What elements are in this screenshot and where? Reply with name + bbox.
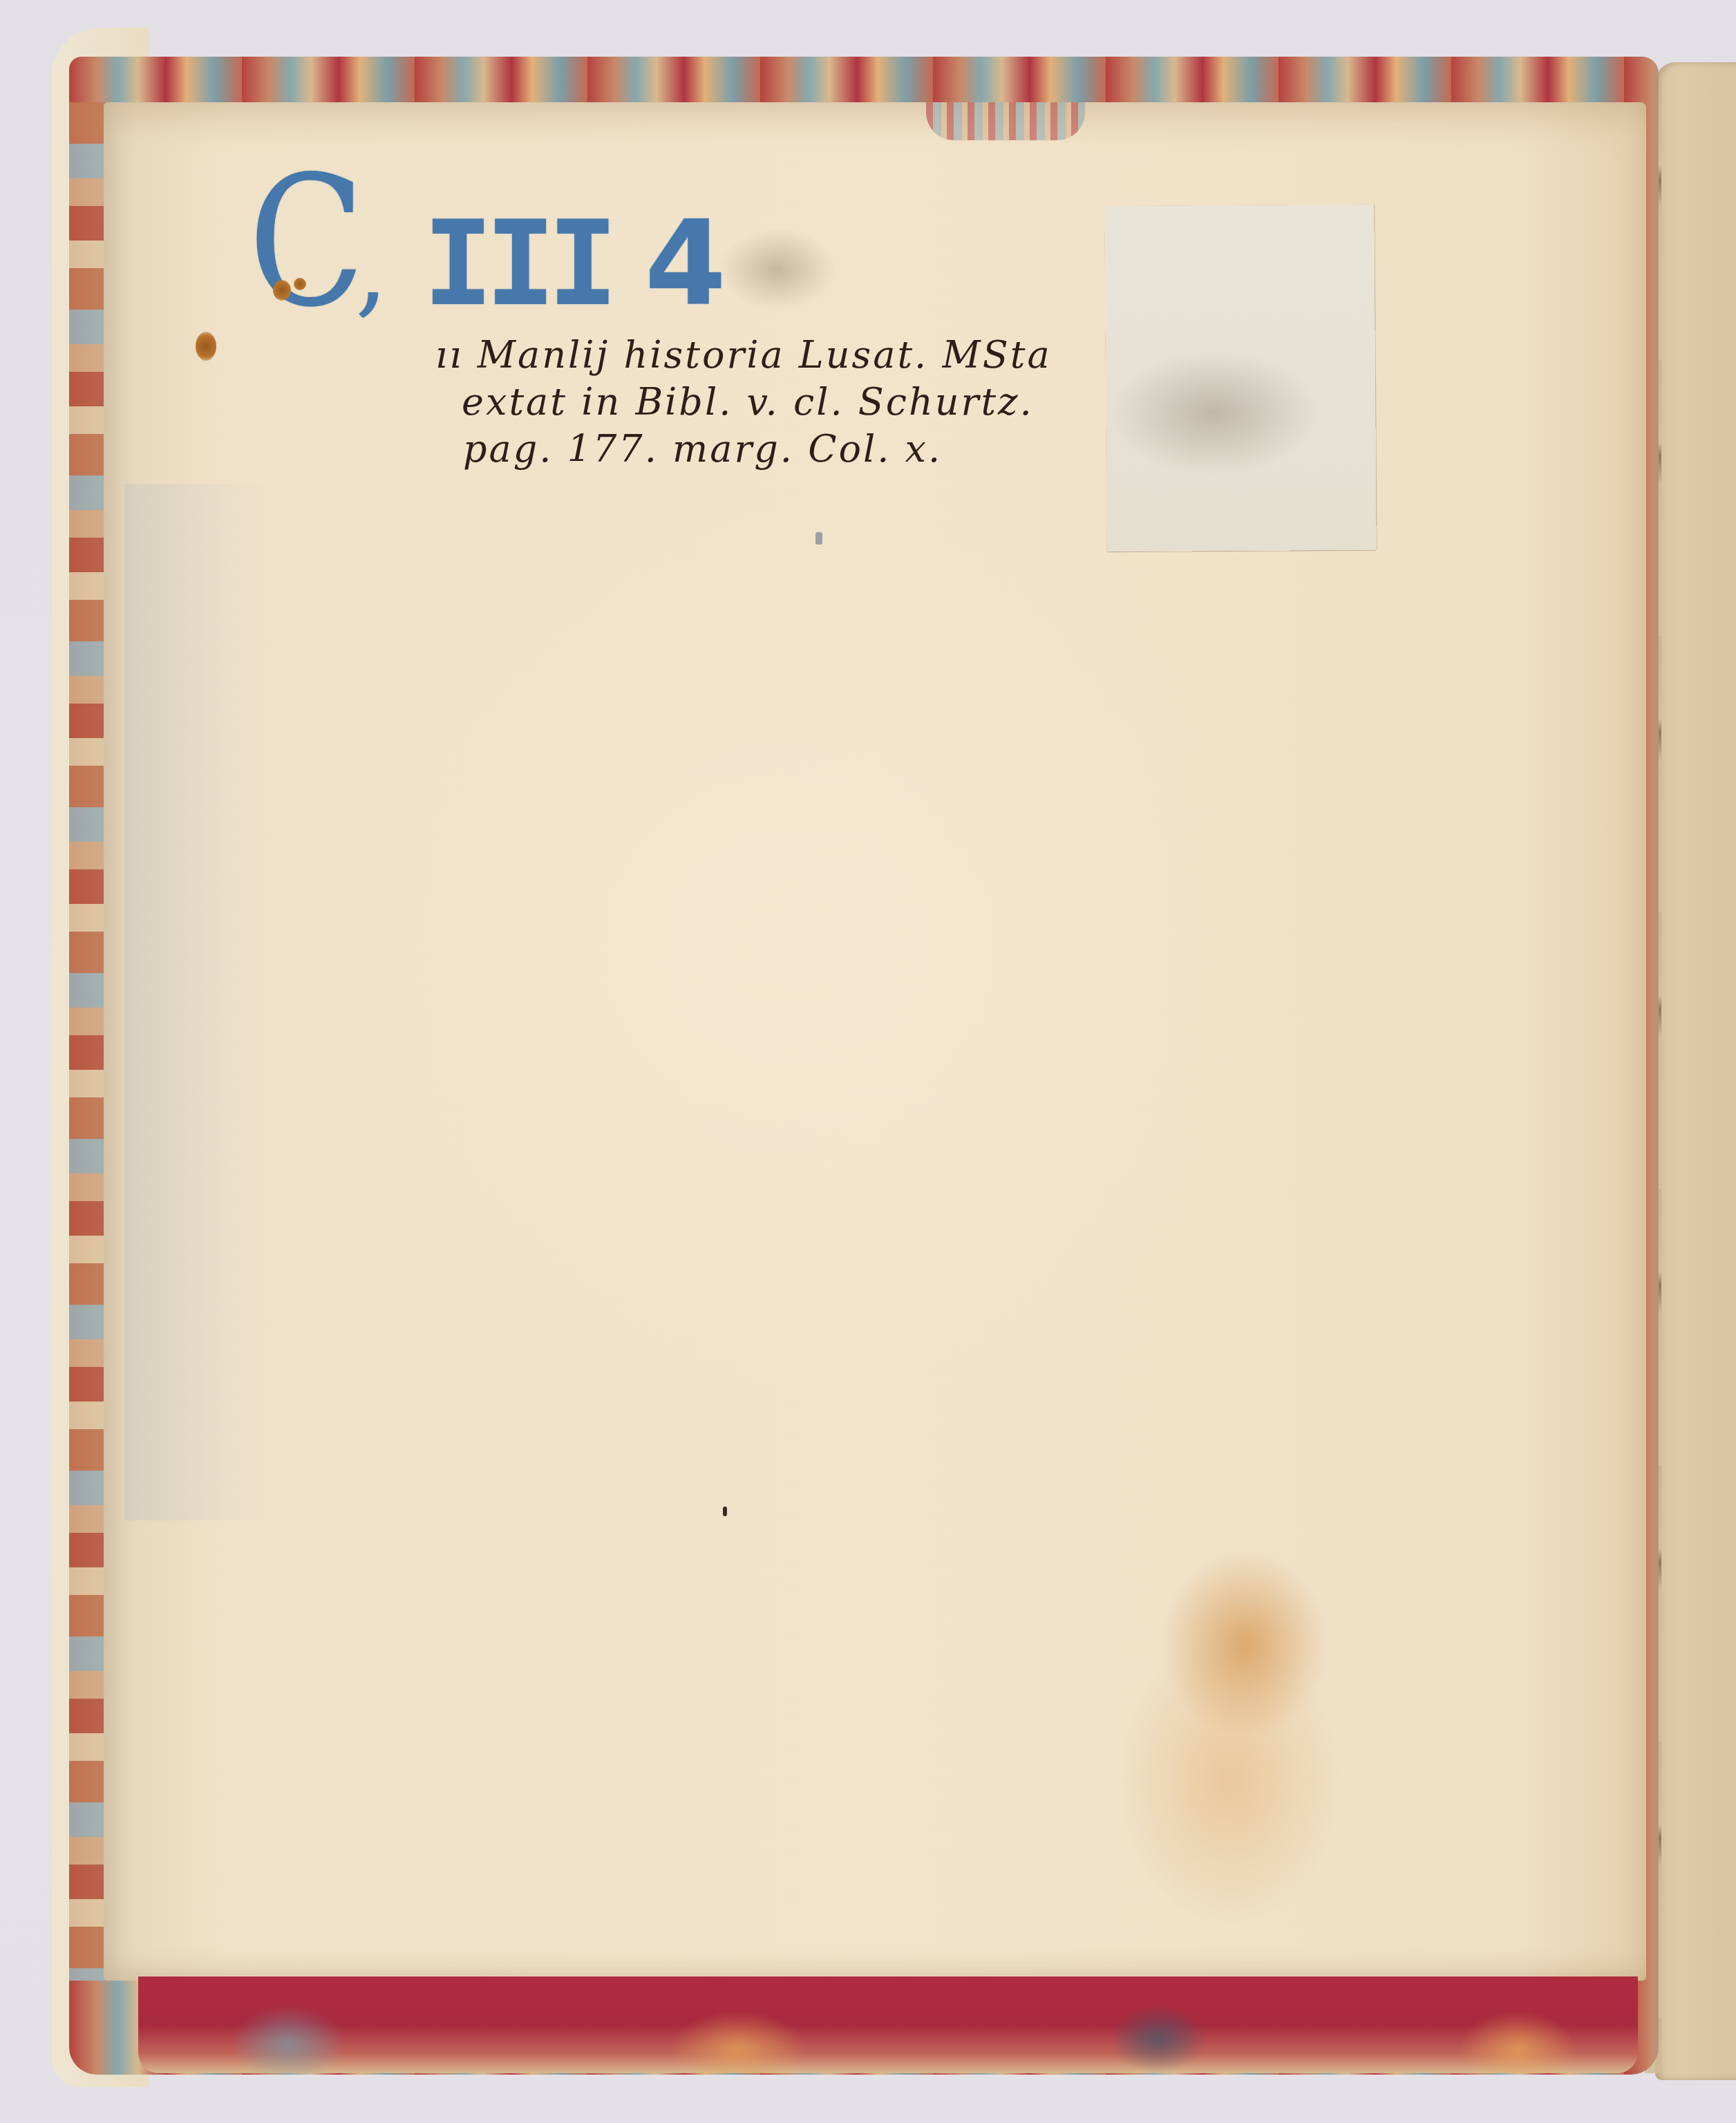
foxing-stain xyxy=(1085,1548,1375,1935)
facing-leaf xyxy=(1655,62,1736,2080)
paper-discoloration xyxy=(124,484,276,1520)
marbled-top-fragment xyxy=(926,102,1085,140)
ink-fleck xyxy=(815,532,822,545)
rust-spot xyxy=(294,278,306,290)
shelfmark-roman: III xyxy=(423,196,610,332)
ink-fleck xyxy=(723,1507,727,1516)
shelfmark-number: 4 xyxy=(645,196,726,332)
photograph-stage: C , III 4 ıı Manlij historia Lusat. MSta… xyxy=(0,0,1736,2123)
marbled-bottom-border xyxy=(138,1976,1638,2073)
shelfmark: C , III 4 xyxy=(238,138,726,347)
pasted-paper-slip xyxy=(1104,205,1376,552)
rust-spot xyxy=(273,280,291,301)
shelfmark-letter: C xyxy=(248,138,359,347)
note-line: extat in Bibl. v. cl. Schurtz. xyxy=(462,379,1126,426)
note-line: ıı Manlij historia Lusat. MSta xyxy=(435,332,1126,379)
shelfmark-separator: , xyxy=(355,209,388,329)
grey-smudge xyxy=(719,228,836,311)
note-line: pag. 177. marg. Col. x. xyxy=(463,426,1126,473)
rust-spot xyxy=(196,332,216,361)
handwritten-note: ıı Manlij historia Lusat. MSta extat in … xyxy=(435,332,1126,473)
